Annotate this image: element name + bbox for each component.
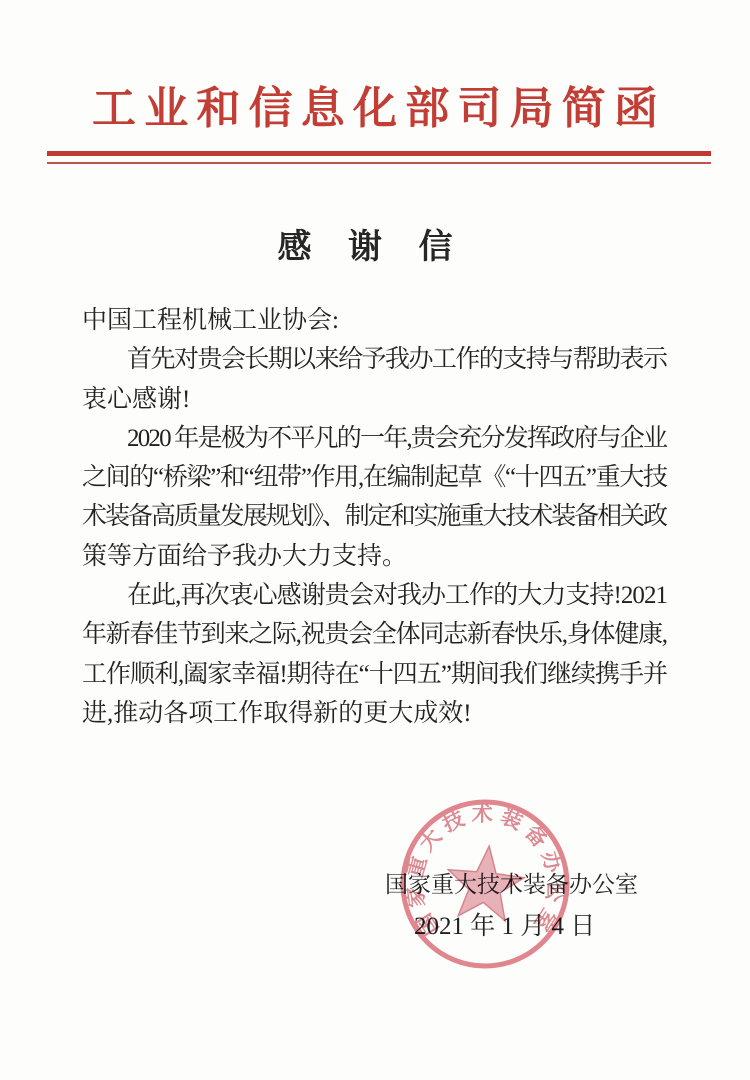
salutation-line: 中国工程机械工业协会: (82, 301, 668, 340)
body-line: 2020 年是极为不平凡的一年,贵会充分发挥政府与企业 (82, 419, 668, 458)
seal-star (444, 842, 527, 922)
letter-body: 中国工程机械工业协会: 首先对贵会长期以来给予我办工作的支持与帮助表示 衷心感谢… (82, 301, 668, 733)
header-rule (47, 151, 711, 164)
body-line: 首先对贵会长期以来给予我办工作的支持与帮助表示 (82, 340, 668, 379)
letter-title: 感 谢 信 (82, 219, 648, 268)
masthead-text: 工业和信息化部司局简函 (92, 84, 666, 133)
body-line: 进,推动各项工作取得新的更大成效! (82, 694, 668, 733)
body-line: 之间的“桥梁”和“纽带”作用,在编制起草《“十四五”重大技 (82, 458, 668, 497)
body-line: 术装备高质量发展规划》、制定和实施重大技术装备相关政 (82, 497, 668, 536)
body-line: 策等方面给予我办大力支持。 (82, 537, 668, 576)
body-line: 在此,再次衷心感谢贵会对我办工作的大力支持!2021 (82, 576, 668, 615)
body-line: 工作顺利,阖家幸福!期待在“十四五”期间我们继续携手并 (82, 655, 668, 694)
document-page: 工业和信息化部司局简函 感 谢 信 中国工程机械工业协会: 首先对贵会长期以来给… (0, 0, 750, 1080)
body-line: 衷心感谢! (82, 380, 668, 419)
masthead-title: 工业和信息化部司局简函 (92, 72, 658, 136)
body-line: 年新春佳节到来之际,祝贵会全体同志新春快乐,身体健康, (82, 615, 668, 654)
official-seal: 国家重大技术装备办公室 (395, 794, 575, 974)
header-rule-thin (47, 162, 711, 164)
